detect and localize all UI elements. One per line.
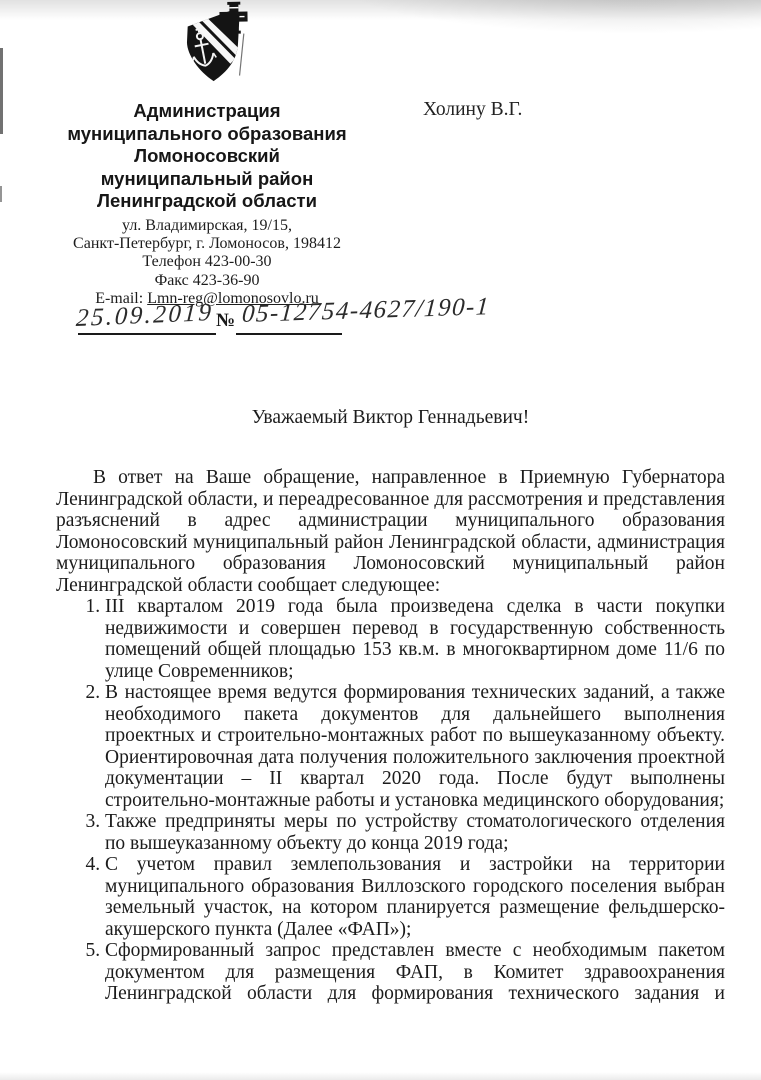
letterhead: Администрация муниципального образования…: [52, 100, 362, 309]
scan-shading-top-right: [341, 0, 761, 34]
scan-shading-bottom: [0, 1072, 761, 1080]
numbered-list: III кварталом 2019 года была произведена…: [56, 596, 725, 1005]
list-item-3: Также предприняты меры по устройству сто…: [105, 811, 725, 854]
number-underline: [236, 333, 342, 335]
list-item-1: III кварталом 2019 года была произведена…: [105, 596, 725, 682]
org-name-line: муниципальный район: [52, 168, 362, 191]
handwritten-date: 25.09.2019: [75, 299, 214, 333]
salutation: Уважаемый Виктор Геннадьевич!: [56, 407, 725, 429]
phone: Телефон 423-00-30: [52, 253, 362, 271]
scan-shading-top: [0, 0, 761, 20]
number-sign: №: [216, 310, 235, 332]
reference-line: 25.09.2019 № 05-12754-4627/190-1: [70, 296, 540, 348]
list-item-4: С учетом правил землепользования и застр…: [105, 854, 725, 940]
street-address: ул. Владимирская, 19/15,: [52, 217, 362, 235]
letter-body: Уважаемый Виктор Геннадьевич! В ответ на…: [56, 407, 725, 1005]
org-name-line: Администрация: [52, 100, 362, 123]
org-name-line: Ломоносовский: [52, 145, 362, 168]
scanned-letter-page: Администрация муниципального образования…: [0, 0, 761, 1080]
org-name: Администрация муниципального образования…: [52, 100, 362, 213]
scan-edge-artifact: [0, 48, 3, 134]
list-item-5: Сформированный запрос представлен вместе…: [105, 940, 725, 1005]
fax: Факс 423-36-90: [52, 272, 362, 290]
date-underline: [78, 333, 216, 335]
city-address: Санкт-Петербург, г. Ломоносов, 198412: [52, 235, 362, 253]
handwritten-outgoing-number: 05-12754-4627/190-1: [241, 293, 491, 329]
org-contacts: ул. Владимирская, 19/15, Санкт-Петербург…: [52, 217, 362, 309]
org-name-line: муниципального образования: [52, 123, 362, 146]
org-name-line: Ленинградской области: [52, 190, 362, 213]
intro-paragraph: В ответ на Ваше обращение, направленное …: [56, 467, 725, 596]
list-item-2: В настоящее время ведутся формирования т…: [105, 682, 725, 811]
coat-of-arms-icon: [180, 1, 253, 86]
scan-edge-artifact: [0, 186, 2, 202]
recipient-name: Холину В.Г.: [423, 99, 522, 121]
